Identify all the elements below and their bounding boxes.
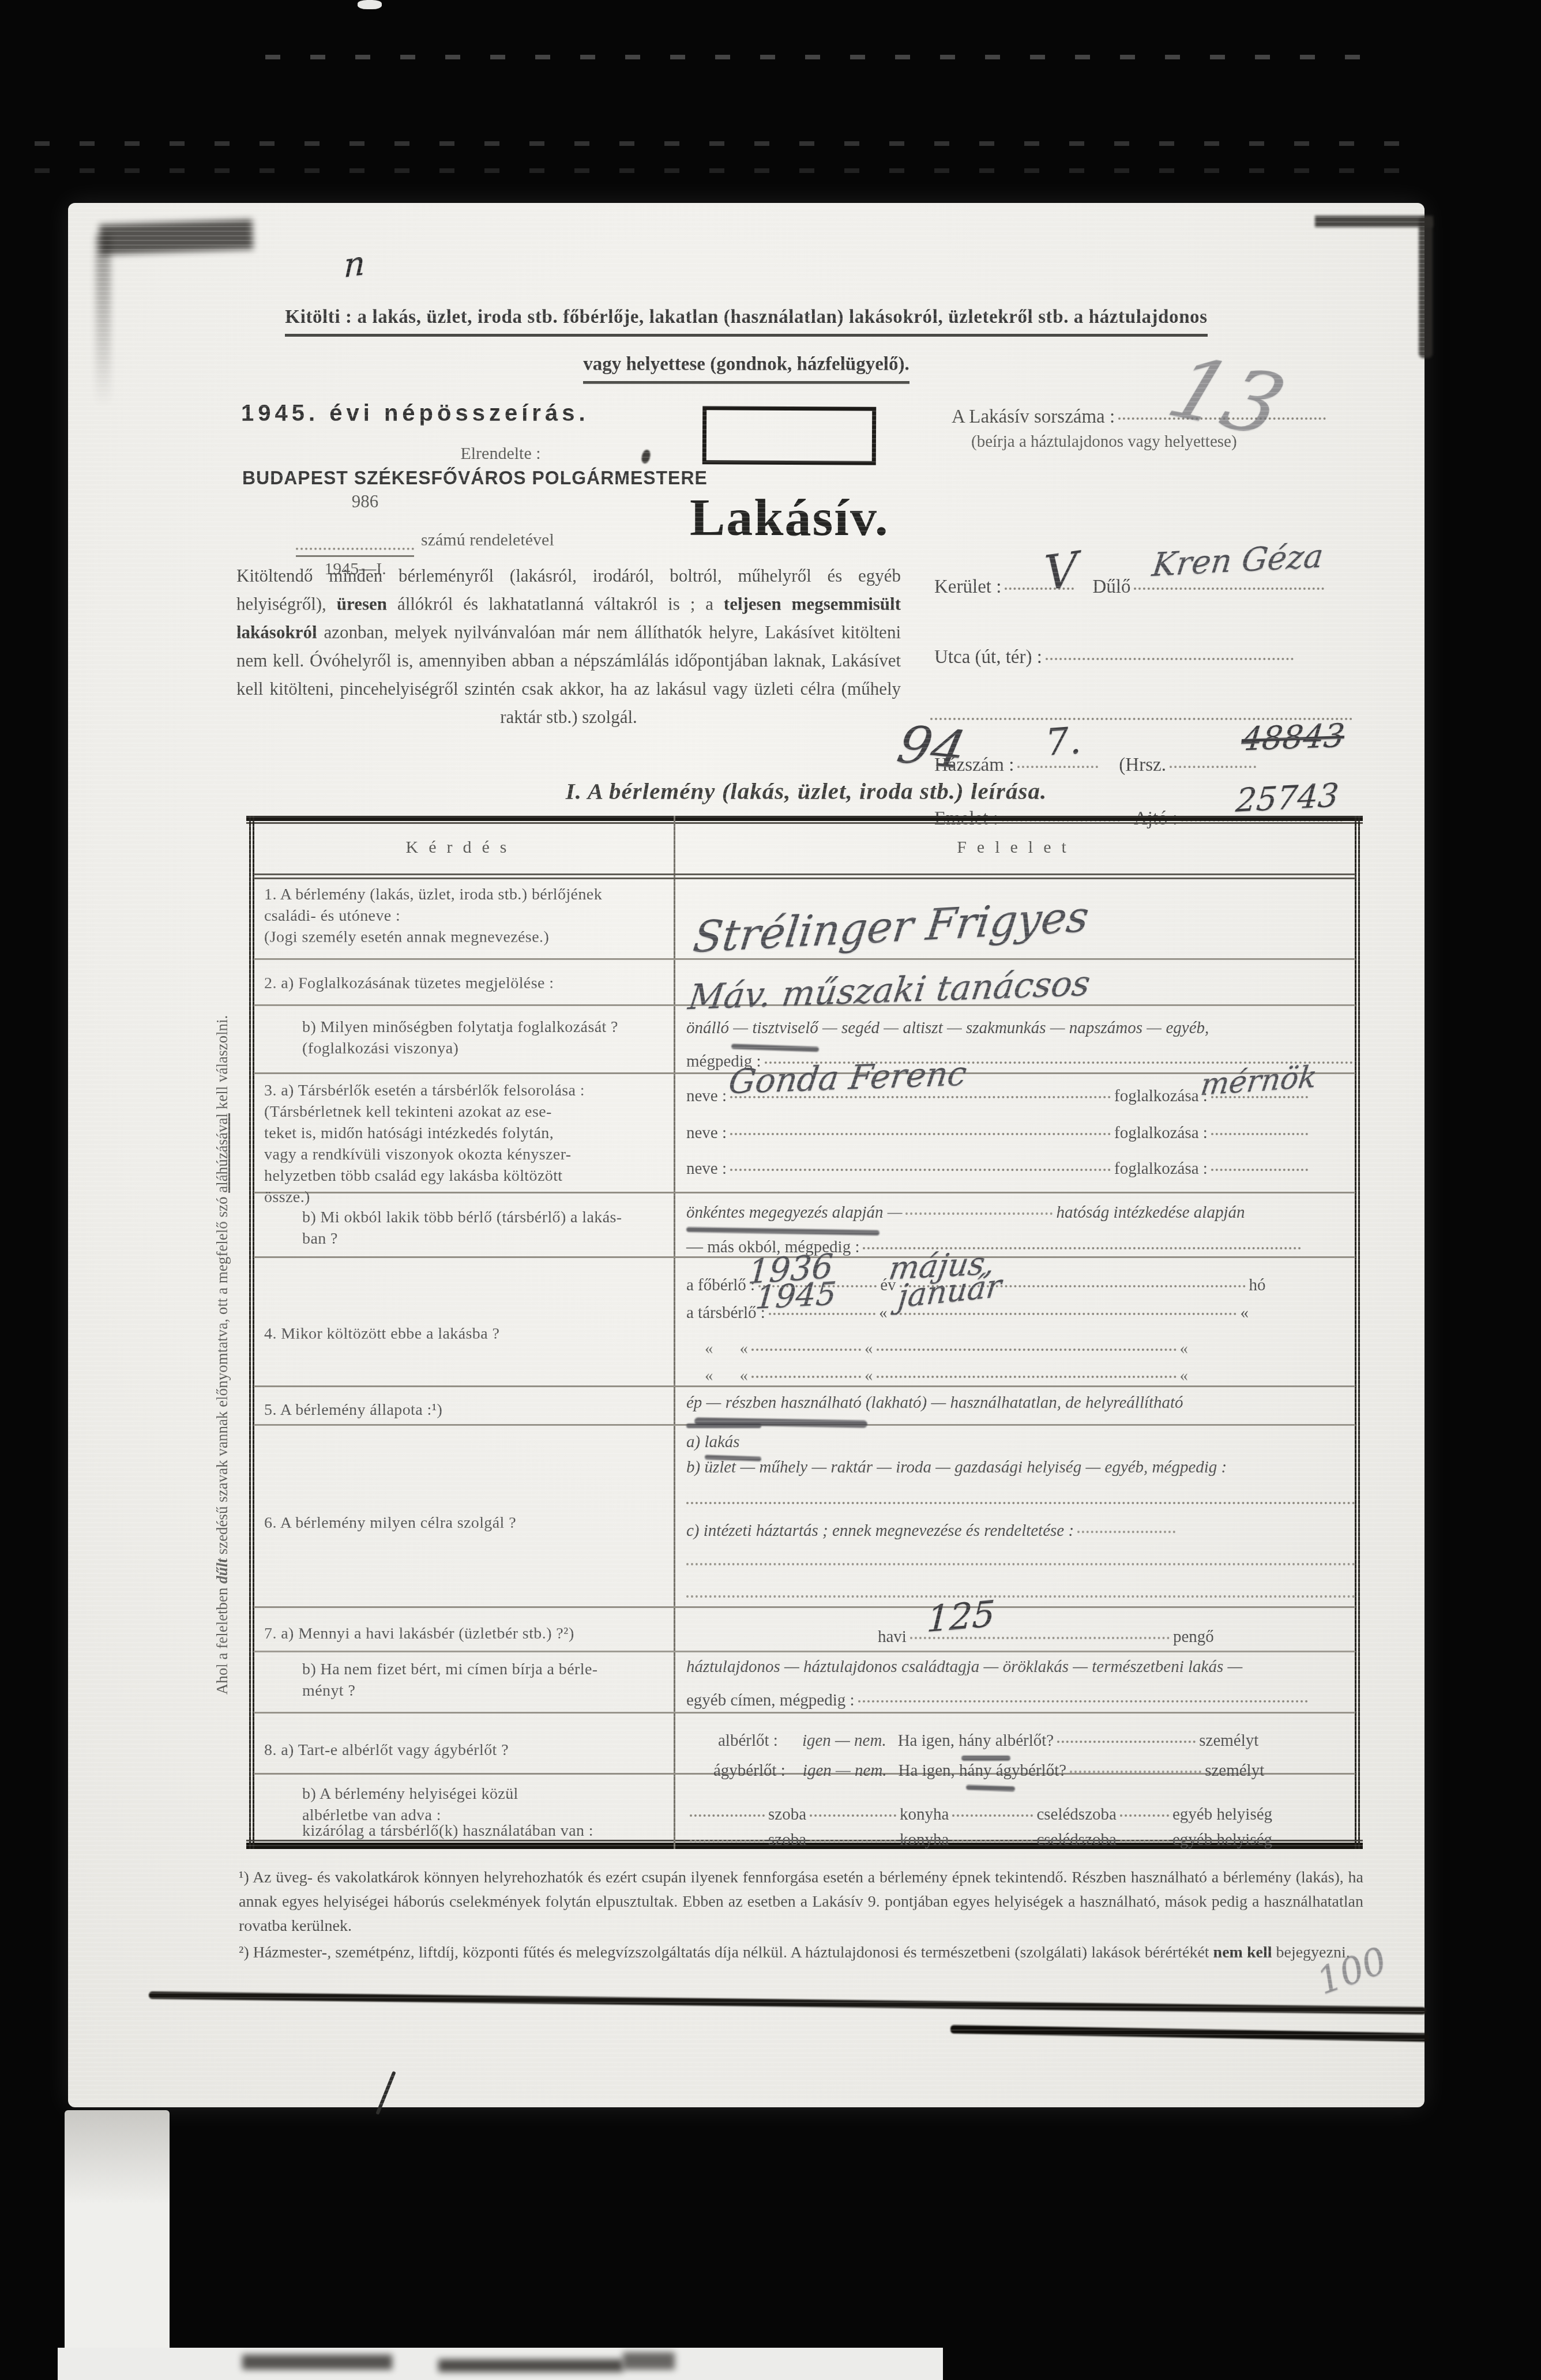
answer-8b-row1: szobakonyhacselédszobaegyéb helyiség [686,1805,1272,1824]
answer-5-options: ép — részben használható (lakható) — has… [686,1394,1355,1413]
agyberlot-label: ágybérlőt : [713,1761,785,1780]
ditto-mark: « [1240,1304,1249,1322]
census-title: 1945. évi népösszeírás. [241,401,589,427]
dotted-line [1057,1738,1196,1743]
answer-1-tenant-name: Strélinger Frigyes [690,892,1092,963]
answer-4-sub-year: 1945 [754,1275,837,1316]
row-rule [254,1606,1355,1608]
film-smudge [242,2355,392,2370]
answer-4-row3: «««« [705,1339,1188,1358]
film-smudge [438,2359,623,2372]
dotted-line [858,1697,1308,1703]
film-smudge [623,2352,675,2370]
footnote-2: ²) Házmester-, szemétpénz, liftdíj, közp… [239,1941,1363,1965]
pencil-underline-nem [966,1785,1015,1792]
answer-3b-row1: önkéntes megegyezés alapján —hatóság int… [686,1203,1355,1222]
igen-nem-options: igen — nem. [802,1731,886,1750]
dulo-dotted-line [1134,585,1324,590]
ditto-mark: « [705,1366,713,1385]
row-rule [254,958,1355,960]
row-rule [254,1385,1355,1387]
handwritten-check-mark: n [343,243,366,285]
foglalkozasa-label: foglalkozása : [1114,1124,1208,1142]
film-scratch-row [35,168,1407,173]
question-8b-line2: kizárólag a társbérlő(k) használatában v… [302,1820,593,1842]
house-number-row: Házszám :(Hrsz. [934,755,1260,776]
dotted-line [690,1812,765,1817]
answer-6c: c) intézeti háztartás ; ennek megnevezés… [686,1522,1179,1541]
foglalkozasa-label: foglalkozása : [1114,1159,1208,1178]
answer-4-row4: «««« [705,1366,1188,1385]
answer-8a-row1: albérlőt :igen — nem.Ha igen, hány albér… [718,1731,1258,1750]
column-header-question: Kérdés [249,838,674,857]
district-row: Kerület :Dűlő [934,577,1328,598]
dotted-line [690,1837,765,1842]
film-blob [358,0,382,9]
answer-7a-rent-value: 125 [926,1592,996,1641]
answer-6c-text: c) intézeti háztartás ; ennek megnevezés… [686,1522,1074,1540]
column-header-answer: Felelet [674,838,1360,857]
question-2a: 2. a) Foglalkozásának tüzetes megjelölés… [264,973,554,994]
form-instruction-line1: Kitölti : a lakás, üzlet, iroda stb. főb… [170,307,1323,337]
dotted-line [1077,1528,1175,1533]
agyberlot-question: Ha igen, hány ágybérlőt? [899,1761,1067,1780]
table-column-divider [674,816,675,1849]
pencil-underline-onkentes [686,1227,880,1236]
ditto-mark: « [740,1339,749,1358]
pencil-underline-tisztviselo [731,1044,819,1052]
dotted-line [877,1346,1177,1351]
table-border-right [1355,816,1360,1849]
ho-label: hó [1249,1276,1266,1294]
ordered-by-label: Elrendelte : [414,444,587,464]
question-4: 4. Mikor költözött ebbe a lakásba ? [264,1323,499,1345]
egyeb-helyiseg-label: egyéb helyiség [1172,1805,1272,1824]
page-bottom-edge [149,1991,1426,2014]
table-border-left [249,816,254,1849]
dotted-line [686,1502,1355,1504]
foglalkozasa-dotted-line [1211,1166,1308,1171]
answer-3a-row2: neve :foglalkozása : [686,1124,1311,1143]
egyeb-cimen-label: egyéb címen, mégpedig : [686,1691,855,1709]
ink-dot [640,449,651,465]
side-note-pre: Ahol a feleletben [213,1584,231,1695]
answer-2b-options: önálló — tisztviselő — segéd — altiszt —… [686,1019,1355,1038]
hrsz-old-value: 48843 [1240,717,1347,758]
opt-authority: hatóság intézkedése alapján [1056,1203,1245,1222]
answer-7b-options: háztulajdonos — háztulajdonos családtagj… [686,1658,1358,1677]
dotted-line [686,1595,1355,1598]
form-page: n Kitölti : a lakás, üzlet, iroda stb. f… [68,203,1425,2107]
hrsz-dotted-line [1170,763,1256,768]
header-rule [254,873,1355,875]
form-instruction-line2-text: vagy helyettese (gondnok, házfelügyelő). [583,354,909,384]
ditto-mark: « [865,1339,873,1358]
corner-crop-mark [1315,216,1433,227]
corner-crop-mark [1419,217,1433,358]
street-label: Utca (út, tér) : [934,647,1042,668]
house-number-value: 7. [1044,720,1082,765]
film-scratch-row [35,141,1407,146]
dotted-line [810,1812,896,1817]
side-note-mid: szedésű szavak vannak előnyomtatva, ott … [213,1193,231,1558]
side-note-vertical: Ahol a feleletben dűlt szedésű szavak va… [213,848,234,1862]
row-rule [254,1712,1355,1714]
neve-dotted-line [730,1166,1111,1171]
ink-smudge [99,219,253,254]
konyha-label: konyha [900,1831,949,1849]
dotted-line [810,1837,896,1842]
side-note-emphasis: dűlt [213,1558,231,1584]
answer-8a-row2: ágybérlőt :igen — nem.Ha igen, hány ágyb… [713,1761,1264,1780]
answer-6a: a) lakás [686,1433,740,1452]
microfilm-frame: n Kitölti : a lakás, üzlet, iroda stb. f… [0,0,1541,2380]
footnote-1: ¹) Az üveg- és vakolatkárok könnyen hely… [239,1866,1363,1938]
tars-berlo-label: a társbérlő : [686,1304,765,1322]
egyeb-helyiseg-label: egyéb helyiség [1172,1831,1272,1849]
question-1: 1. A bérlemény (lakás, üzlet, iroda stb.… [264,884,668,948]
intro-bold-uresen: üresen [337,594,387,614]
opt-voluntary: önkéntes megegyezés alapján — [686,1203,902,1222]
side-note-post: kell válaszolni. [213,1015,231,1113]
form-instruction-line1-text: Kitölti : a lakás, üzlet, iroda stb. főb… [285,307,1207,337]
intro-p3: azonban, melyek nyilvánvalóan már nem ál… [236,622,901,727]
decree-suffix: számú rendeletével [421,530,554,550]
cseledszoba-label: cselédszoba [1036,1805,1117,1824]
question-7a: 7. a) Mennyi a havi lakásbér (üzletbér s… [264,1623,574,1644]
footnote-2-text: ²) Házmester-, szemétpénz, liftdíj, közp… [239,1944,1213,1961]
opt-dotted-line [905,1210,1053,1215]
answer-2a-occupation: Máv. műszaki tanácsos [686,963,1093,1018]
section1-table: Kérdés Felelet 1. A bérlemény (lakás, üz… [249,816,1360,1849]
dotted-line [751,1346,861,1351]
pen-slash-mark [375,2071,396,2115]
question-2b: b) Milyen minőségben folytatja foglalkoz… [302,1016,671,1059]
ditto-mark: « [1180,1366,1189,1385]
alberlot-label: albérlőt : [718,1731,778,1750]
neve-label: neve : [686,1087,727,1105]
pengo-label: pengő [1173,1628,1214,1646]
street-dotted-line [1046,655,1294,660]
answer-8b-row2: szobakonyhacselédszobaegyéb helyiség [686,1831,1272,1850]
dotted-line [1120,1812,1169,1817]
foglalkozasa-dotted-line [1211,1130,1308,1135]
ditto-mark: « [740,1366,749,1385]
konyha-label: konyha [900,1805,949,1824]
district-value: V [1043,542,1079,602]
neve-label: neve : [686,1159,727,1178]
dotted-line [1070,1768,1201,1773]
decree-number: 986 [330,491,400,512]
dulo-label: Dűlő [1092,577,1130,597]
havi-label: havi [878,1628,907,1646]
szemelyt-label: személyt [1205,1761,1264,1780]
question-5: 5. A bérlemény állapota :¹) [264,1399,442,1421]
pencil-underline-nem [961,1756,1010,1761]
question-3b: b) Mi okból lakik több bérlő (társbérlő)… [302,1207,671,1249]
szoba-label: szoba [768,1831,806,1849]
form-instruction-line2: vagy helyettese (gondnok, házfelügyelő). [170,354,1323,384]
dotted-line [1120,1837,1169,1842]
film-scratch-row [265,55,1361,59]
intro-p2: állókról és lakhatatlanná váltakról is ;… [387,594,724,614]
answer-3a-row3: neve :foglalkozása : [686,1159,1311,1178]
hrsz-label: (Hrsz. [1119,755,1166,775]
ordering-authority: BUDAPEST SZÉKESFŐVÁROS POLGÁRMESTERE [242,467,708,489]
section1-title: I. A bérlemény (lakás, üzlet, iroda stb.… [299,777,1314,805]
dotted-line [952,1812,1033,1817]
fo-berlo-label: a főbérlő : [686,1276,755,1294]
answer-7b-row2: egyéb címen, mégpedig : [686,1691,1311,1710]
house-number-label: Házszám : [934,755,1014,775]
serial-number-note: (beírja a háztulajdonos vagy helyettese) [971,432,1237,451]
ditto-mark: « [705,1339,713,1358]
cseledszoba-label: cselédszoba [1036,1831,1117,1849]
neve-label: neve : [686,1124,727,1142]
ditto-mark: « [865,1366,873,1385]
question-6: 6. A bérlemény milyen célra szolgál ? [264,1512,516,1534]
dotted-line [877,1373,1177,1378]
szemelyt-label: személyt [1199,1731,1258,1750]
dotted-line [751,1373,861,1378]
stamp-box [702,406,877,465]
ditto-mark: « [879,1304,888,1322]
intro-paragraph: Kitöltendő minden bérleményről (lakásról… [236,562,901,731]
next-frame-edge [58,2348,943,2380]
szoba-label: szoba [768,1805,806,1824]
district-label: Kerület : [934,577,1001,597]
decree-fraction-line [296,548,414,557]
question-8b: b) A bérlemény helyiségei közül albérlet… [302,1783,671,1826]
side-note-underlined: aláhúzásával [213,1113,231,1193]
page-bottom-edge [950,2025,1429,2042]
alberlot-question: Ha igen, hány albérlőt? [898,1731,1054,1750]
serial-number-label: A Lakásív sorszáma : [952,406,1115,427]
header-rule [254,878,1355,879]
igen-nem-options: igen — nem. [803,1761,887,1780]
form-title: Lakásív. [690,487,889,548]
pencil-underline-ep [686,1424,761,1428]
footnote-2-bold: nem kell [1213,1944,1272,1961]
table-border-top [246,816,1363,824]
dotted-line [686,1563,1355,1565]
question-8a: 8. a) Tart-e albérlőt vagy ágybérlőt ? [264,1739,509,1761]
foglalkozasa-label: foglalkozása : [1114,1087,1208,1105]
ink-smudge [96,235,111,408]
dotted-line [952,1837,1033,1842]
answer-6b: b) üzlet — műhely — raktár — iroda — gaz… [686,1458,1355,1477]
neve-dotted-line [730,1130,1111,1135]
question-3a: 3. a) Társbérlők esetén a társbérlők fel… [264,1080,656,1208]
question-7b: b) Ha nem fizet bért, mi címen bírja a b… [302,1659,671,1701]
street-row: Utca (út, tér) : [934,647,1297,668]
month-dotted-line [890,1310,1236,1315]
row-rule [254,1651,1355,1652]
ditto-mark: « [1180,1339,1189,1358]
film-gap-strip [65,2110,170,2380]
